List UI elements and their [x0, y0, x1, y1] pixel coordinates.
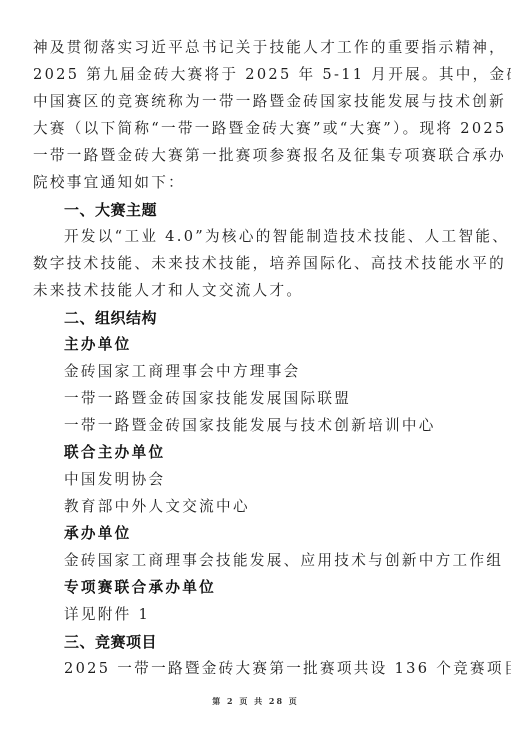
- undertaker-1: 金砖国家工商理事会技能发展、应用技术与创新中方工作组: [64, 550, 464, 572]
- organizer-3: 一带一路暨金砖国家技能发展与技术创新培训中心: [64, 415, 464, 437]
- intro-line-1: 神及贯彻落实习近平总书记关于技能人才工作的重要指示精神，: [33, 37, 465, 59]
- section3-line-1: 2025 一带一路暨金砖大赛第一批赛项共设 136 个竞赛项目，: [64, 658, 464, 680]
- intro-line-5: 一带一路暨金砖大赛第一批赛项参赛报名及征集专项赛联合承办: [33, 145, 465, 167]
- organizer-1: 金砖国家工商理事会中方理事会: [64, 361, 464, 383]
- section1-line-2: 数字技术技能、未来技术技能，培养国际化、高技术技能水平的: [33, 253, 465, 275]
- intro-line-2: 2025 第九届金砖大赛将于 2025 年 5-11 月开展。其中，金砖大赛: [33, 64, 465, 86]
- document-page: 神及贯彻落实习近平总书记关于技能人才工作的重要指示精神， 2025 第九届金砖大…: [0, 0, 511, 734]
- section1-line-1: 开发以“工业 4.0”为核心的智能制造技术技能、人工智能、: [64, 226, 464, 248]
- page-footer: 第 2 页 共 28 页: [0, 696, 511, 707]
- organizer-2: 一带一路暨金砖国家技能发展国际联盟: [64, 388, 464, 410]
- undertaker-label: 承办单位: [64, 523, 464, 545]
- section1-line-3: 未来技术技能人才和人文交流人才。: [33, 280, 465, 302]
- special-undertaker-1: 详见附件 1: [64, 604, 464, 626]
- co-organizer-label: 联合主办单位: [64, 442, 464, 464]
- intro-line-6: 院校事宜通知如下：: [33, 172, 465, 194]
- co-organizer-1: 中国发明协会: [64, 469, 464, 491]
- section3-heading: 三、竞赛项目: [64, 631, 464, 653]
- section1-heading: 一、大赛主题: [64, 199, 464, 221]
- organizer-label: 主办单位: [64, 334, 464, 356]
- special-undertaker-label: 专项赛联合承办单位: [64, 577, 464, 599]
- intro-line-4: 大赛（以下简称“一带一路暨金砖大赛”或“大赛”）。现将 2025: [33, 118, 465, 140]
- intro-line-3: 中国赛区的竞赛统称为一带一路暨金砖国家技能发展与技术创新: [33, 91, 465, 113]
- co-organizer-2: 教育部中外人文交流中心: [64, 496, 464, 518]
- section2-heading: 二、组织结构: [64, 307, 464, 329]
